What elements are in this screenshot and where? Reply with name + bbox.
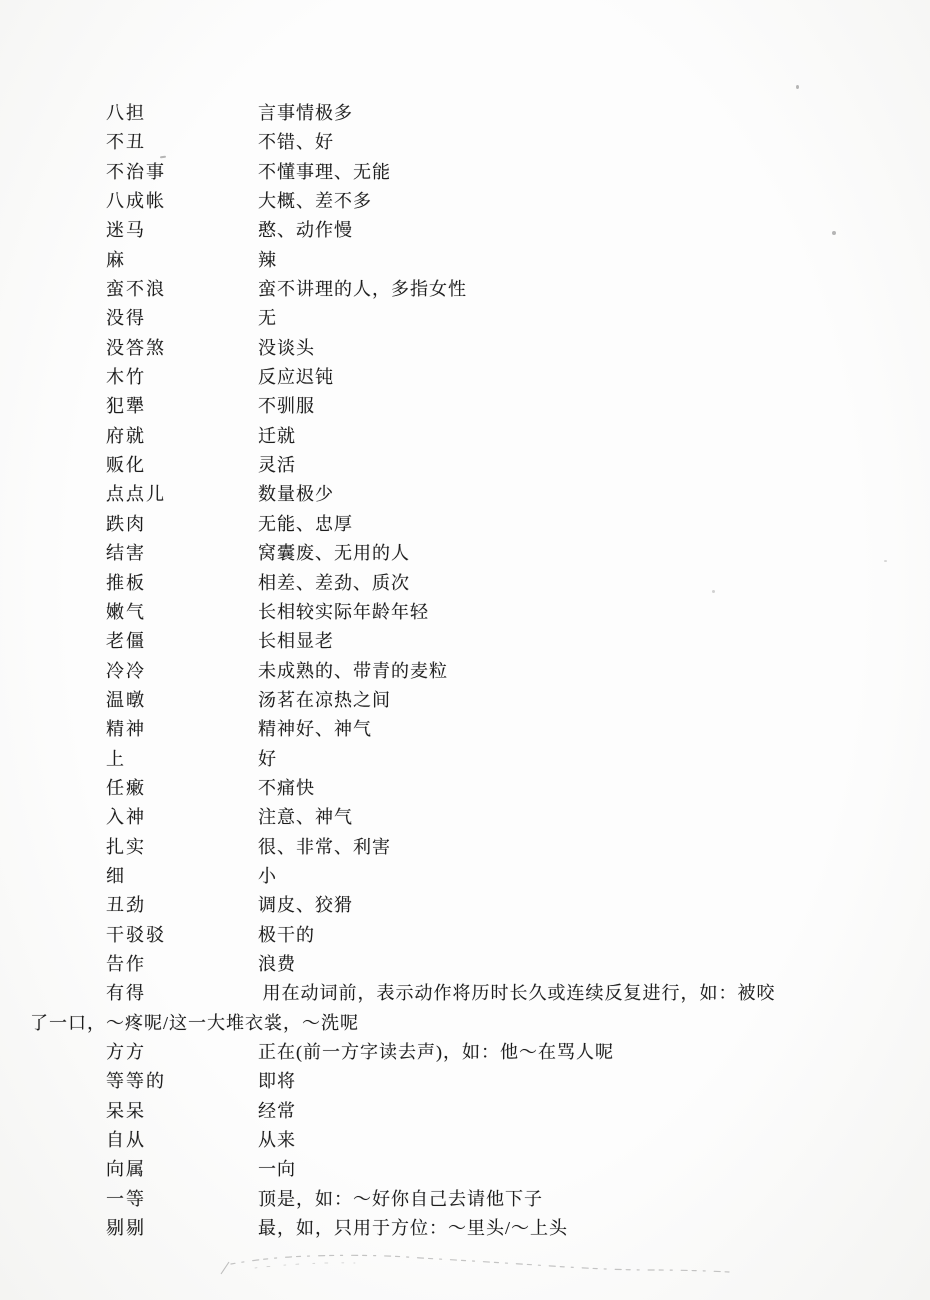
glossary-row: 点点儿 数量极少 xyxy=(0,480,930,509)
dialect-term: 自从 xyxy=(106,1126,258,1155)
dialect-term: 细 xyxy=(106,862,258,891)
glossary-row: 蛮不浪 蛮不讲理的人，多指女性 xyxy=(0,275,930,304)
definition: 长相显老 xyxy=(258,627,930,656)
dialect-term: 推板 xyxy=(106,569,258,598)
dialect-term: 告作 xyxy=(106,950,258,979)
glossary-row: 丑劲 调皮、狡猾 xyxy=(0,891,930,920)
glossary-row: 不治事 不懂事理、无能 xyxy=(0,158,930,187)
definition: 反应迟钝 xyxy=(258,363,930,392)
glossary-row: 贩化 灵活 xyxy=(0,451,930,480)
definition: 长相较实际年龄年轻 xyxy=(258,598,930,627)
dialect-term: 老僵 xyxy=(106,627,258,656)
dialect-term: 没得 xyxy=(106,304,258,333)
dialect-term: 八担 xyxy=(106,99,258,128)
glossary-row: 没得 无 xyxy=(0,304,930,333)
definition: 言事情极多 xyxy=(258,99,930,128)
dialect-term: 等等的 xyxy=(106,1067,258,1096)
dialect-term: 不治事 xyxy=(106,158,258,187)
scan-speckle xyxy=(884,560,887,562)
glossary-row: 没答煞 没谈头 xyxy=(0,334,930,363)
dialect-term: 府就 xyxy=(106,422,258,451)
dialect-term: 剔剔 xyxy=(106,1214,258,1243)
definition: 数量极少 xyxy=(258,480,930,509)
glossary-row: 冷冷 未成熟的、带青的麦粒 xyxy=(0,657,930,686)
dialect-term: 八成帐 xyxy=(106,187,258,216)
dialect-term: 扎实 xyxy=(106,833,258,862)
glossary-row: 干驳驳 极干的 xyxy=(0,921,930,950)
definition: 不懂事理、无能 xyxy=(258,158,930,187)
glossary-row: 扎实 很、非常、利害 xyxy=(0,833,930,862)
definition: 顶是，如：～好你自己去请他下子 xyxy=(258,1185,930,1214)
glossary-row: 有得 用在动词前，表示动作将历时长久或连续反复进行，如：被咬了一口，～疼呢/这一… xyxy=(30,979,788,1038)
definition: 蛮不讲理的人，多指女性 xyxy=(258,275,930,304)
glossary-row: 跌肉 无能、忠厚 xyxy=(0,510,930,539)
dialect-term: 迷马 xyxy=(106,216,258,245)
glossary-row: 任瘷 不痛快 xyxy=(0,774,930,803)
glossary-row: 上 好 xyxy=(0,745,930,774)
scan-speckle xyxy=(832,231,836,235)
dialect-term: 入神 xyxy=(106,803,258,832)
dialect-term: 结害 xyxy=(106,539,258,568)
definition: 很、非常、利害 xyxy=(258,833,930,862)
glossary-row: 精神 精神好、神气 xyxy=(0,715,930,744)
glossary-row: 呆呆 经常 xyxy=(0,1097,930,1126)
scan-artifact-line xyxy=(215,1252,735,1278)
scan-speckle xyxy=(796,85,799,89)
glossary-row: 结害 窝囊废、无用的人 xyxy=(0,539,930,568)
definition: 小 xyxy=(258,862,930,891)
dialect-term: 一等 xyxy=(106,1185,258,1214)
dialect-term: 没答煞 xyxy=(106,334,258,363)
definition: 未成熟的、带青的麦粒 xyxy=(258,657,930,686)
glossary-row: 迷马 憨、动作慢 xyxy=(0,216,930,245)
definition: 窝囊废、无用的人 xyxy=(258,539,930,568)
glossary-row: 八成帐 大概、差不多 xyxy=(0,187,930,216)
glossary-row: 向属 一向 xyxy=(0,1155,930,1184)
definition: 不错、好 xyxy=(258,128,930,157)
definition: 极干的 xyxy=(258,921,930,950)
definition: 注意、神气 xyxy=(258,803,930,832)
definition: 无 xyxy=(258,304,930,333)
glossary-row: 推板 相差、差劲、质次 xyxy=(0,569,930,598)
dialect-term: 不丑 xyxy=(106,128,258,157)
dialect-term: 丑劲 xyxy=(106,891,258,920)
definition: 浪费 xyxy=(258,950,930,979)
glossary-row: 府就 迁就 xyxy=(0,422,930,451)
definition: 一向 xyxy=(258,1155,930,1184)
dialect-term: 温暾 xyxy=(106,686,258,715)
definition: 精神好、神气 xyxy=(258,715,930,744)
definition: 大概、差不多 xyxy=(258,187,930,216)
glossary-row: 嫩气 长相较实际年龄年轻 xyxy=(0,598,930,627)
definition: 即将 xyxy=(258,1067,930,1096)
glossary-row: 细 小 xyxy=(0,862,930,891)
glossary-row: 温暾 汤茗在凉热之间 xyxy=(0,686,930,715)
glossary-row: 告作 浪费 xyxy=(0,950,930,979)
dialect-term: 干驳驳 xyxy=(106,921,258,950)
glossary-row: 老僵 长相显老 xyxy=(0,627,930,656)
glossary-row: 麻 辣 xyxy=(0,246,930,275)
definition: 正在(前一方字读去声)，如：他～在骂人呢 xyxy=(258,1038,930,1067)
scanned-page: 八担 言事情极多 不丑 不错、好 不治事 不懂事理、无能 八成帐 大概、差不多 … xyxy=(0,0,930,1300)
dialect-term: 方方 xyxy=(106,1038,258,1067)
definition: 不驯服 xyxy=(258,392,930,421)
glossary-row: 等等的 即将 xyxy=(0,1067,930,1096)
dialect-term: 冷冷 xyxy=(106,657,258,686)
glossary-row: 不丑 不错、好 xyxy=(0,128,930,157)
definition: 从来 xyxy=(258,1126,930,1155)
definition: 最，如，只用于方位：～里头/～上头 xyxy=(258,1214,930,1243)
dialect-term: 麻 xyxy=(106,246,258,275)
definition: 汤茗在凉热之间 xyxy=(258,686,930,715)
definition: 好 xyxy=(258,745,930,774)
definition: 憨、动作慢 xyxy=(258,216,930,245)
definition: 迁就 xyxy=(258,422,930,451)
definition: 灵活 xyxy=(258,451,930,480)
dialect-term: 犯犟 xyxy=(106,392,258,421)
dialect-term: 点点儿 xyxy=(106,480,258,509)
dialect-term: 贩化 xyxy=(106,451,258,480)
glossary-row: 八担 言事情极多 xyxy=(0,99,930,128)
glossary-list: 八担 言事情极多 不丑 不错、好 不治事 不懂事理、无能 八成帐 大概、差不多 … xyxy=(0,99,930,1243)
dialect-term: 向属 xyxy=(106,1155,258,1184)
glossary-row: 木竹 反应迟钝 xyxy=(0,363,930,392)
dialect-term: 任瘷 xyxy=(106,774,258,803)
glossary-row: 自从 从来 xyxy=(0,1126,930,1155)
dialect-term: 跌肉 xyxy=(106,510,258,539)
glossary-row: 剔剔 最，如，只用于方位：～里头/～上头 xyxy=(0,1214,930,1243)
dialect-term: 呆呆 xyxy=(106,1097,258,1126)
definition: 没谈头 xyxy=(258,334,930,363)
glossary-row: 方方 正在(前一方字读去声)，如：他～在骂人呢 xyxy=(0,1038,930,1067)
dialect-term: 嫩气 xyxy=(106,598,258,627)
glossary-row: 犯犟 不驯服 xyxy=(0,392,930,421)
glossary-row: 入神 注意、神气 xyxy=(0,803,930,832)
dialect-term: 上 xyxy=(106,745,258,774)
dialect-term: 蛮不浪 xyxy=(106,275,258,304)
dialect-term: 有得 xyxy=(106,979,258,1008)
definition: 调皮、狡猾 xyxy=(258,891,930,920)
definition: 无能、忠厚 xyxy=(258,510,930,539)
definition: 经常 xyxy=(258,1097,930,1126)
dialect-term: 精神 xyxy=(106,715,258,744)
definition: 不痛快 xyxy=(258,774,930,803)
glossary-row: 一等 顶是，如：～好你自己去请他下子 xyxy=(0,1185,930,1214)
definition: 相差、差劲、质次 xyxy=(258,569,930,598)
definition: 辣 xyxy=(258,246,930,275)
scan-speckle xyxy=(712,590,715,593)
dialect-term: 木竹 xyxy=(106,363,258,392)
